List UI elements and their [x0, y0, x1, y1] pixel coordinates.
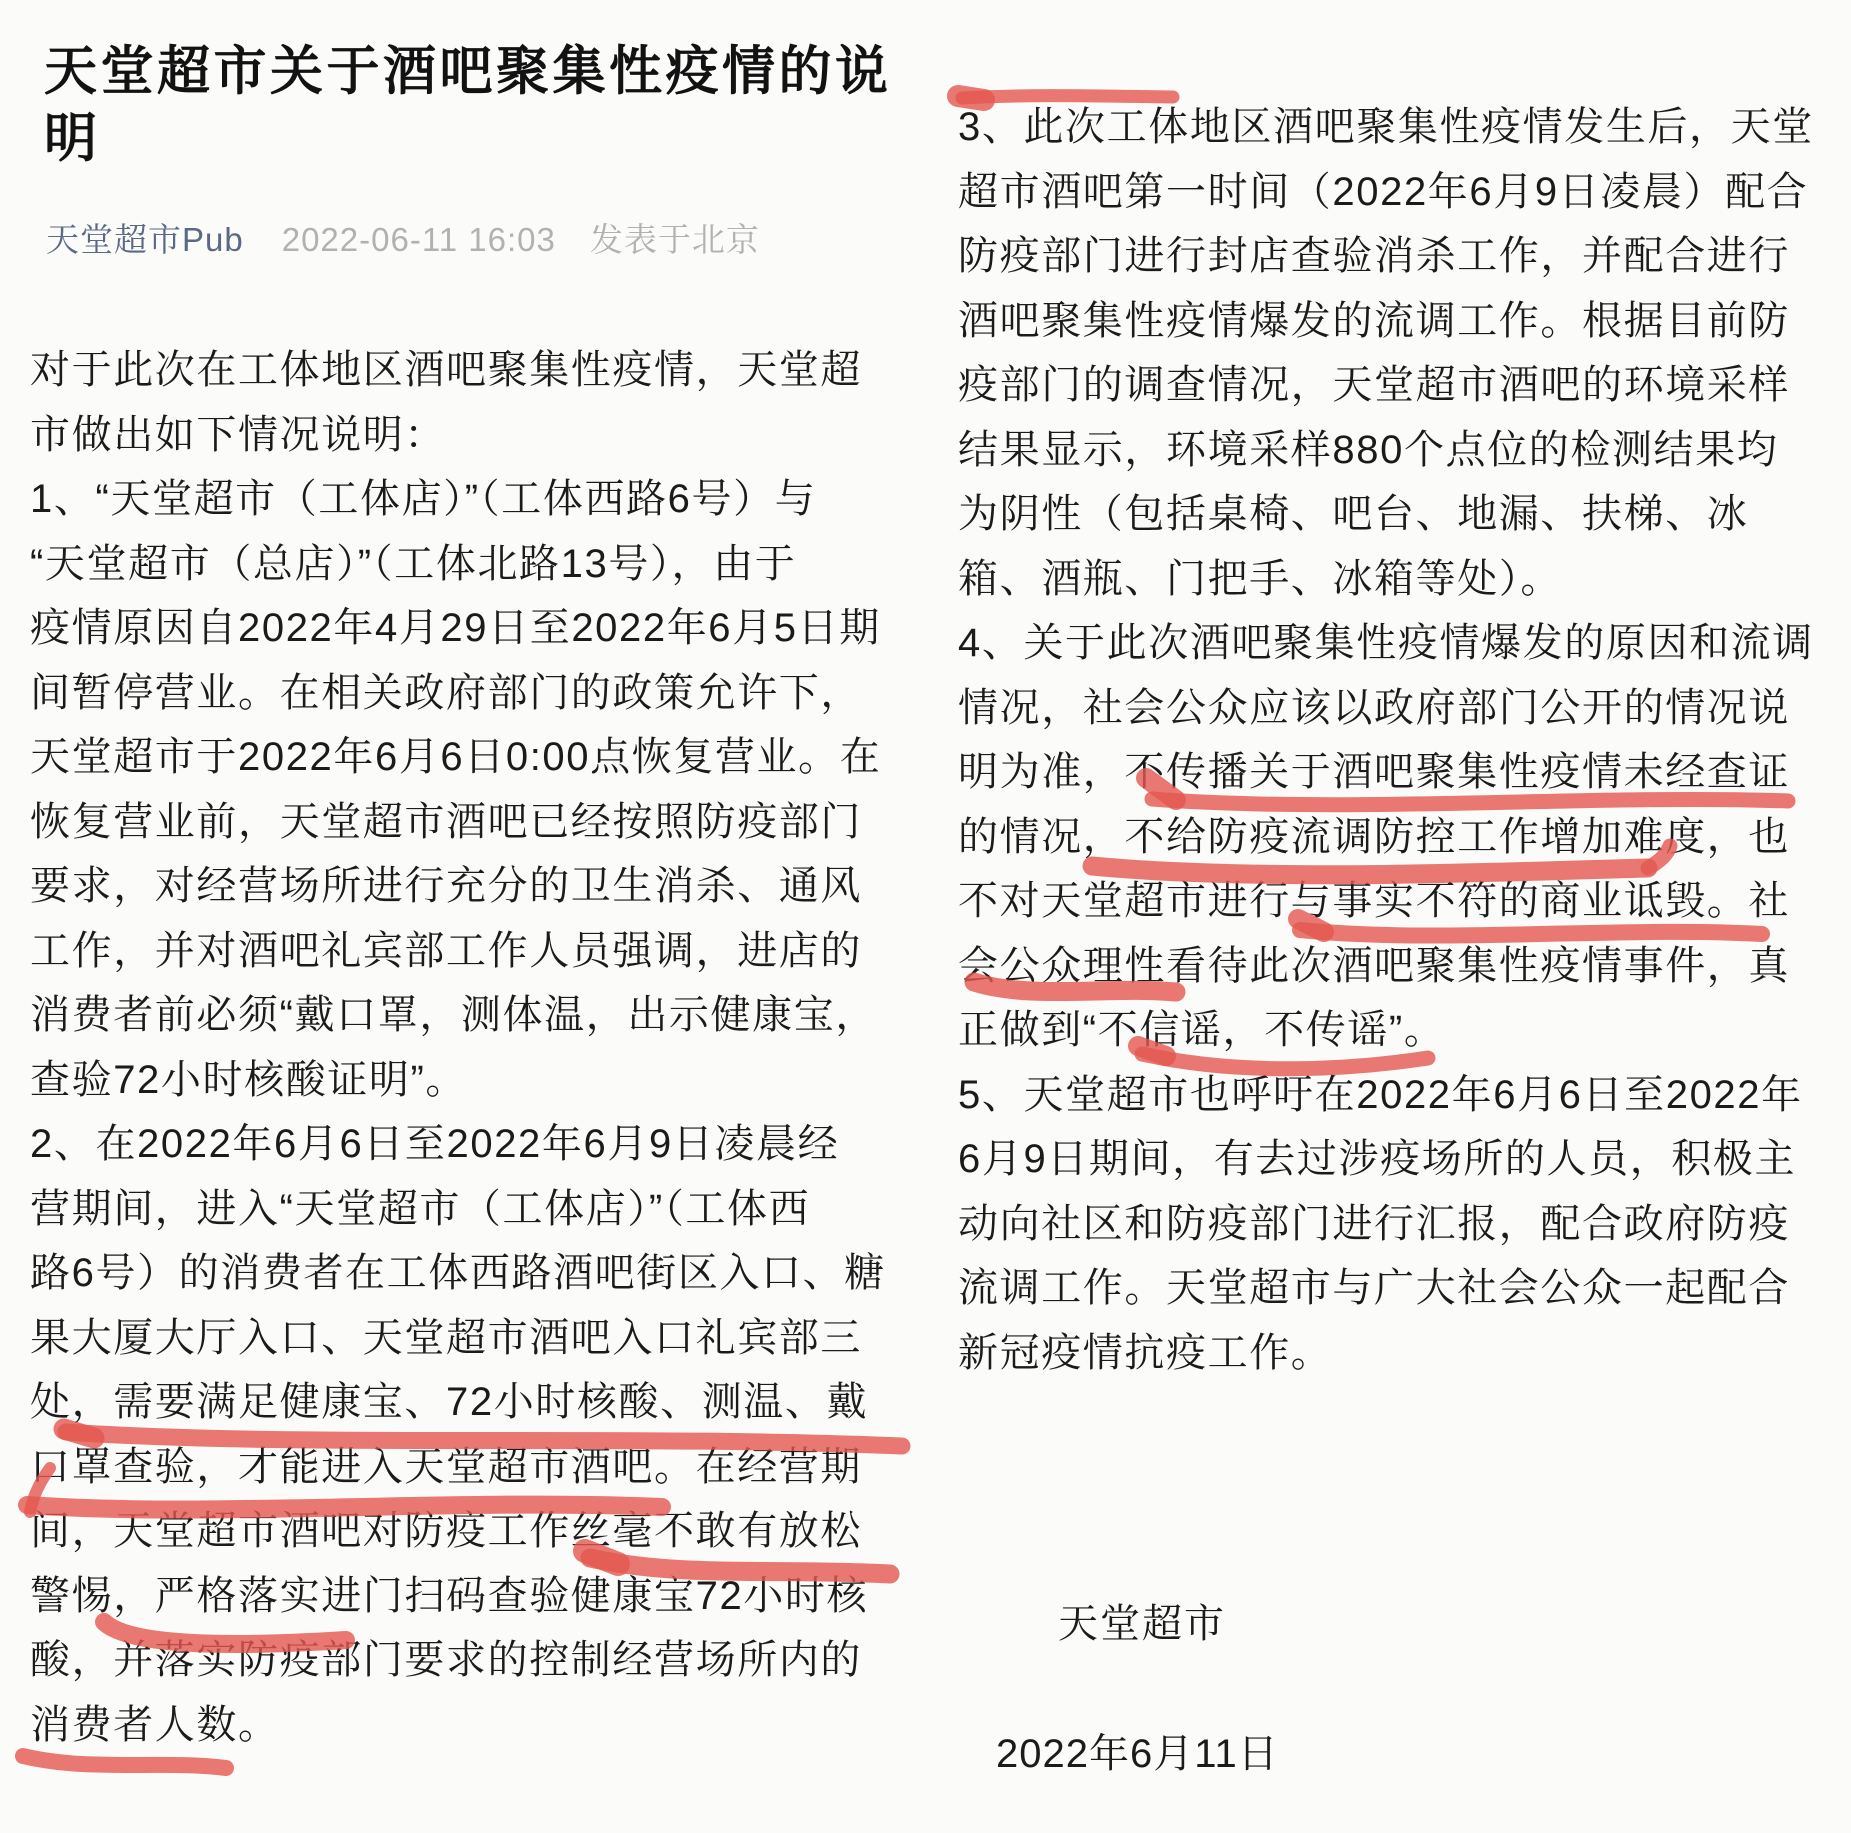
publish-timestamp: 2022-06-11 16:03	[282, 221, 556, 259]
signature-name: 天堂超市	[1058, 1592, 1226, 1649]
text-line: 流调工作。天堂超市与广大社会公众一起配合	[958, 1256, 1804, 1321]
text-line: 超市酒吧第一时间（2022年6月9日凌晨）配合	[958, 160, 1804, 225]
text-line: 处，需要满足健康宝、72小时核酸、测温、戴	[30, 1370, 876, 1435]
account-name-link[interactable]: 天堂超市Pub	[46, 214, 244, 261]
page-title-line1: 天堂超市关于酒吧聚集性疫情的说	[44, 38, 892, 105]
text-line: 的情况，不给防疫流调防控工作增加难度，也	[958, 805, 1804, 870]
text-line: 营期间，进入“天堂超市（工体店）”（工体西	[30, 1177, 876, 1242]
text-line: 情况，社会公众应该以政府部门公开的情况说	[958, 676, 1804, 741]
article-screenshot: 天堂超市关于酒吧聚集性疫情的说 明 天堂超市Pub 2022-06-11 16:…	[0, 0, 1851, 1833]
text-line: 间，天堂超市酒吧对防疫工作丝毫不敢有放松	[30, 1499, 876, 1564]
text-line: 6月9日期间，有去过涉疫场所的人员，积极主	[958, 1127, 1804, 1192]
text-line: 正做到“不信谣，不传谣”。	[958, 998, 1804, 1063]
signature-date: 2022年6月11日	[996, 1722, 1279, 1779]
text-line: 动向社区和防疫部门进行汇报，配合政府防疫	[958, 1192, 1804, 1257]
text-line: 酸，并落实防疫部门要求的控制经营场所内的	[30, 1628, 876, 1693]
text-line: 疫情原因自2022年4月29日至2022年6月5日期	[30, 596, 876, 661]
text-line: 工作，并对酒吧礼宾部工作人员强调，进店的	[30, 919, 876, 984]
text-line: 口罩查验，才能进入天堂超市酒吧。在经营期	[30, 1435, 876, 1500]
text-line: 恢复营业前，天堂超市酒吧已经按照防疫部门	[30, 790, 876, 855]
underline-consumer-count	[23, 1756, 226, 1768]
publish-location: 发表于北京	[590, 214, 760, 261]
text-line: 天堂超市于2022年6月6日0:00点恢复营业。在	[30, 725, 876, 790]
body-column-left: 对于此次在工体地区酒吧聚集性疫情，天堂超市做出如下情况说明：1、“天堂超市（工体…	[30, 338, 876, 1757]
text-line: 会公众理性看待此次酒吧聚集性疫情事件，真	[958, 934, 1804, 999]
text-line: 防疫部门进行封店查验消杀工作，并配合进行	[958, 224, 1804, 289]
text-line: 市做出如下情况说明：	[30, 403, 876, 468]
text-line: 消费者人数。	[30, 1693, 876, 1758]
text-line: 为阴性（包括桌椅、吧台、地漏、扶梯、冰	[958, 482, 1804, 547]
text-line: 3、此次工体地区酒吧聚集性疫情发生后，天堂	[958, 95, 1804, 160]
text-line: 1、“天堂超市（工体店）”（工体西路6号）与	[30, 467, 876, 532]
text-line: 警惕，严格落实进门扫码查验健康宝72小时核	[30, 1564, 876, 1629]
text-line: 明为准，不传播关于酒吧聚集性疫情未经查证	[958, 740, 1804, 805]
text-line: 4、关于此次酒吧聚集性疫情爆发的原因和流调	[958, 611, 1804, 676]
text-line: 对于此次在工体地区酒吧聚集性疫情，天堂超	[30, 338, 876, 403]
text-line: 箱、酒瓶、门把手、冰箱等处）。	[958, 547, 1804, 612]
text-line: 5、天堂超市也呼吁在2022年6月6日至2022年	[958, 1063, 1804, 1128]
text-line: 2、在2022年6月6日至2022年6月9日凌晨经	[30, 1112, 876, 1177]
page-title-line2: 明	[44, 105, 892, 172]
text-line: 酒吧聚集性疫情爆发的流调工作。根据目前防	[958, 289, 1804, 354]
text-line: 疫部门的调查情况，天堂超市酒吧的环境采样	[958, 353, 1804, 418]
byline: 天堂超市Pub 2022-06-11 16:03 发表于北京	[46, 214, 794, 261]
text-line: 果大厦大厅入口、天堂超市酒吧入口礼宾部三	[30, 1306, 876, 1371]
body-column-right: 3、此次工体地区酒吧聚集性疫情发生后，天堂超市酒吧第一时间（2022年6月9日凌…	[958, 95, 1804, 1385]
text-line: 查验72小时核酸证明”。	[30, 1048, 876, 1113]
text-line: 新冠疫情抗疫工作。	[958, 1321, 1804, 1386]
text-line: 间暂停营业。在相关政府部门的政策允许下，	[30, 661, 876, 726]
text-line: 消费者前必须“戴口罩，测体温，出示健康宝，	[30, 983, 876, 1048]
text-line: 结果显示，环境采样880个点位的检测结果均	[958, 418, 1804, 483]
text-line: “天堂超市（总店）”（工体北路13号），由于	[30, 532, 876, 597]
text-line: 要求，对经营场所进行充分的卫生消杀、通风	[30, 854, 876, 919]
text-line: 不对天堂超市进行与事实不符的商业诋毁。社	[958, 869, 1804, 934]
text-line: 路6号）的消费者在工体西路酒吧街区入口、糖	[30, 1241, 876, 1306]
page-title: 天堂超市关于酒吧聚集性疫情的说 明	[44, 38, 892, 172]
